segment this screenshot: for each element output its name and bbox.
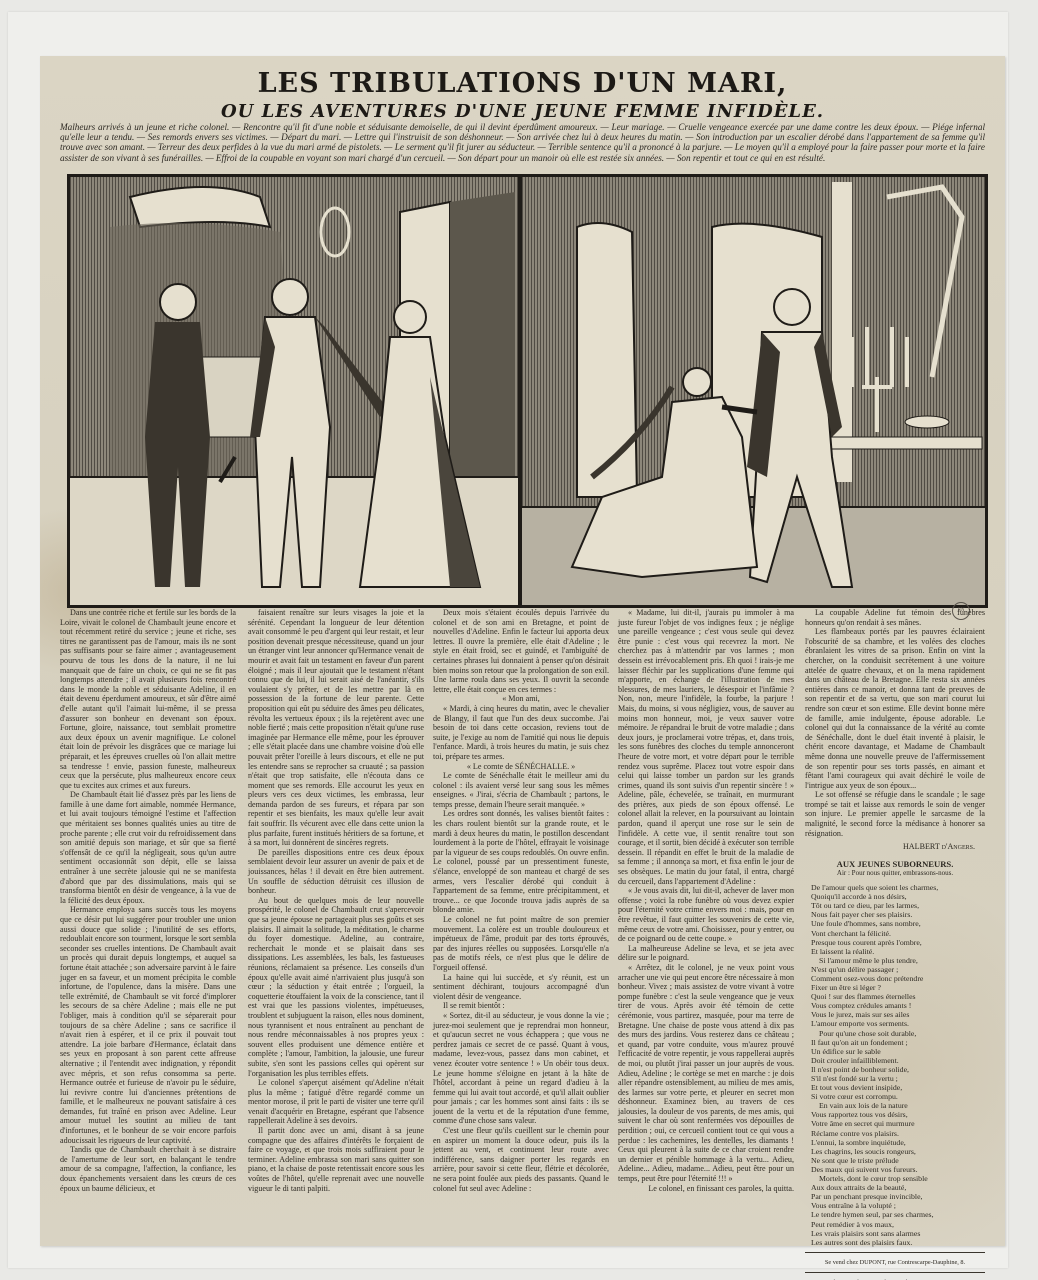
text-column-2: faisaient renaître sur leurs visages la … (248, 608, 424, 1193)
poem-line: Votre âme en secret qui murmure (805, 1119, 985, 1128)
summary-abstract: Malheurs arrivés à un jeune et riche col… (60, 122, 985, 163)
page-subtitle: OU LES AVENTURES D'UNE JEUNE FEMME INFID… (40, 101, 1005, 122)
paragraph: Le comte de Sénéchalle était le meilleur… (433, 771, 609, 809)
poem-line: Et laissent la réalité. (805, 947, 985, 956)
poem-line: L'amour emporte vos serments. (805, 1019, 985, 1028)
poem-line: De l'amour quels que soient les charmes, (805, 883, 985, 892)
poem-line: Une foule d'hommes, sans nombre, (805, 919, 985, 928)
seller-imprint: Se vend chez DUPONT, rue Contrescarpe-Da… (805, 1258, 985, 1268)
poem-line: Il faut qu'on ait un fondement ; (805, 1038, 985, 1047)
poem-line: Si l'amour même le plus tendre, (805, 956, 985, 965)
paragraph: Deux mois s'étaient écoulés depuis l'arr… (433, 608, 609, 694)
text-column-4: « Madame, lui dit-il, j'aurais pu immole… (618, 608, 794, 1193)
poem-line: Les vrais plaisirs sont sans alarmes (805, 1229, 985, 1238)
poem-line: Comment osez-vous donc prétendre (805, 974, 985, 983)
text-columns: Dans une contrée riche et fertile sur le… (60, 608, 990, 1228)
broadside-sheet: LES TRIBULATIONS D'UN MARI, OU LES AVENT… (40, 56, 1005, 1246)
paragraph: « Je vous avais dit, lui dit-il, achever… (618, 886, 794, 944)
woodcut-confrontation-icon (70, 177, 518, 605)
divider (805, 1272, 985, 1273)
poem-line: Peut remédier à vos maux, (805, 1220, 985, 1229)
text-column-1: Dans une contrée riche et fertile sur le… (60, 608, 236, 1193)
paragraph: De Chambault était lié d'assez près par … (60, 790, 236, 905)
page-title: LES TRIBULATIONS D'UN MARI, (40, 68, 1005, 99)
paragraph: Le sot offensé se réfugie dans le scanda… (805, 790, 985, 838)
text-column-5: La coupable Adeline fut témoin des funèb… (805, 608, 985, 1280)
paragraph: C'est une fleur qu'ils cueillent sur le … (433, 1126, 609, 1193)
archive-mount: LES TRIBULATIONS D'UN MARI, OU LES AVENT… (8, 12, 1008, 1268)
paragraph: Le colonel s'aperçut aisément qu'Adeline… (248, 1078, 424, 1126)
poem-line: Quoi ! sur des flammes éternelles (805, 992, 985, 1001)
poem-line: Il n'est point de bonheur solide, (805, 1065, 985, 1074)
paragraph: La haine qui lui succède, et s'y réunit,… (433, 973, 609, 1002)
poem-line: Si votre cœur est corrompu. (805, 1092, 985, 1101)
poem-line: Des maux qui suivent vos fureurs. (805, 1165, 985, 1174)
poem-stanza-2: Si l'amour même le plus tendre, N'est qu… (805, 956, 985, 1029)
paragraph: Il se remit bientôt : (433, 1001, 609, 1011)
poem-line: Vous le jurez, mais sur ses ailes (805, 1010, 985, 1019)
paragraph: De pareilles dispositions entre ces deux… (248, 848, 424, 896)
poem-title: AUX JEUNES SUBORNEURS. (805, 860, 985, 870)
letter-body: « Mardi, à cinq heures du matin, avec le… (433, 704, 609, 762)
poem-stanza-5: Mortels, dont le cœur trop sensible Aux … (805, 1174, 985, 1247)
paragraph: Hermance employa sans succès tous les mo… (60, 905, 236, 1145)
poem-line: N'est qu'un délire passager ; (805, 965, 985, 974)
poem-line: Aux doux attraits de la beauté, (805, 1183, 985, 1192)
poem-line: Par un penchant presque invincible, (805, 1192, 985, 1201)
poem-line: Nous fait payer cher ses plaisirs. (805, 910, 985, 919)
poem-stanza-3: Pour qu'une chose soit durable, Il faut … (805, 1029, 985, 1102)
poem-line: Vont cherchant la félicité. (805, 929, 985, 938)
author-signature: HALBERT d'Angers. (805, 842, 985, 852)
closing-line: Le colonel, en finissant ces paroles, la… (618, 1184, 794, 1194)
paragraph: La malheureuse Adeline se leva, et se je… (618, 944, 794, 963)
poem-line: Mortels, dont le cœur trop sensible (805, 1174, 985, 1183)
paragraph: « Madame, lui dit-il, j'aurais pu immole… (618, 608, 794, 886)
paragraph: Au bout de quelques mois de leur nouvell… (248, 896, 424, 1078)
poem-line: Vous entraîne à la volupté ; (805, 1201, 985, 1210)
poem-line: Tôt ou tard ce dieu, par les larmes, (805, 901, 985, 910)
paragraph: Le colonel ne fut point maître de son pr… (433, 915, 609, 973)
paragraph: Tandis que de Chambault cherchait à se d… (60, 1145, 236, 1193)
poem-line: Le tendre hymen seul, par ses charmes, (805, 1210, 985, 1219)
text-column-3: Deux mois s'étaient écoulés depuis l'arr… (433, 608, 609, 1193)
engraving-confrontation (67, 174, 521, 608)
letter-salutation: « Mon ami, (433, 694, 609, 704)
paragraph: faisaient renaître sur leurs visages la … (248, 608, 424, 848)
engraving-supplication (519, 174, 988, 608)
poem-line: En vain aux lois de la nature (805, 1101, 985, 1110)
paragraph: Il partit donc avec un ami, disant à sa … (248, 1126, 424, 1193)
paragraph: Les ordres sont donnés, les valises bien… (433, 809, 609, 915)
poem-line: Réclame contre vos plaisirs. (805, 1129, 985, 1138)
poem-line: Un édifice sur le sable (805, 1047, 985, 1056)
poem-air: Air : Pour nous quitter, embrassons-nous… (805, 869, 985, 879)
poem-line: Doit crouler infailliblement. (805, 1056, 985, 1065)
poem-line: Pour qu'une chose soit durable, (805, 1029, 985, 1038)
poem-line: Quoiqu'il accorde à nos désirs, (805, 892, 985, 901)
poem-line: Et tout vous devient insipide, (805, 1083, 985, 1092)
poem-line: Ne sont que le triste prélude (805, 1156, 985, 1165)
paragraph: « Sortez, dit-il au séducteur, je vous d… (433, 1011, 609, 1126)
poem-line: Fixer un être si léger ? (805, 983, 985, 992)
poem-line: L'ennui, la sombre inquiétude, (805, 1138, 985, 1147)
poem-stanza-4: En vain aux lois de la nature Vous rappo… (805, 1101, 985, 1174)
poem-line: Vous rapportez tous vos désirs, (805, 1110, 985, 1119)
poem-line: Presque tous courent après l'ombre, (805, 938, 985, 947)
poem-stanza-1: De l'amour quels que soient les charmes,… (805, 883, 985, 956)
poem-line: S'il n'est fondé sur la vertu ; (805, 1074, 985, 1083)
paragraph: Les flambeaux portés par les pauvres écl… (805, 627, 985, 790)
paragraph: Dans une contrée riche et fertile sur le… (60, 608, 236, 790)
poem-line: Vous comptez crédules amants ! (805, 1001, 985, 1010)
divider (805, 1252, 985, 1253)
woodcut-supplication-icon (522, 177, 985, 605)
letter-signature: « Le comte de SÉNÉCHALLE. » (433, 762, 609, 772)
paragraph: « Arrêtez, dit le colonel, je ne veux po… (618, 963, 794, 1184)
paragraph: La coupable Adeline fut témoin des funèb… (805, 608, 985, 627)
poem-line: Les autres sont des plaisirs faux. (805, 1238, 985, 1247)
poem-line: Les chagrins, les soucis rongeurs, (805, 1147, 985, 1156)
